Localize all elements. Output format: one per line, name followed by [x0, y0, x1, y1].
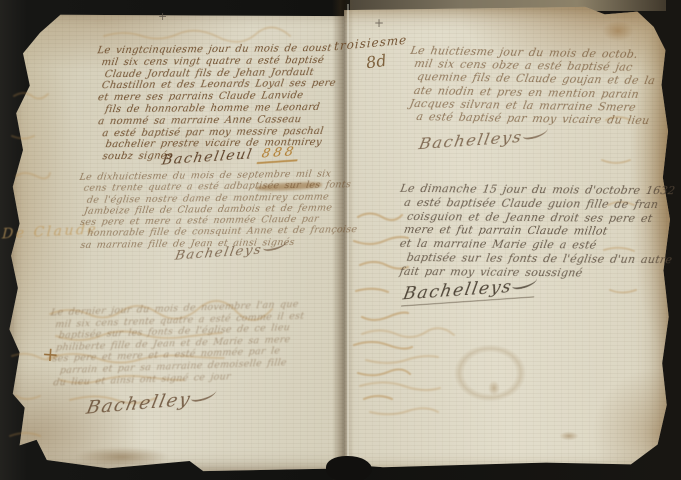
ink-cross-mark: + — [158, 10, 167, 23]
ink-cross-mark: + — [374, 16, 384, 30]
signature-paraph: 888 — [257, 144, 300, 164]
baptism-entry: Le dimanche 15 jour du mois d'octobre 16… — [400, 182, 675, 281]
signature-flourish — [191, 386, 217, 403]
baptism-entry: Le dernier jour du mois de novembre l'an… — [51, 299, 307, 389]
baptism-entry: Le dixhuictiesme du mois de septembre mi… — [79, 168, 357, 251]
baptism-entry: Le vingtcinquiesme jour du mois de aoust… — [97, 43, 336, 163]
signature-flourish — [523, 124, 548, 141]
signature-flourish — [513, 274, 538, 291]
scanned-manuscript-background: + + + De Claude troisiesme 8d Le vingtci… — [0, 0, 681, 480]
baptism-entry: Le huictiesme jour du mois de octob. mil… — [409, 44, 655, 127]
folio-paraph: 8d — [365, 51, 388, 73]
binding-notch — [326, 456, 372, 480]
